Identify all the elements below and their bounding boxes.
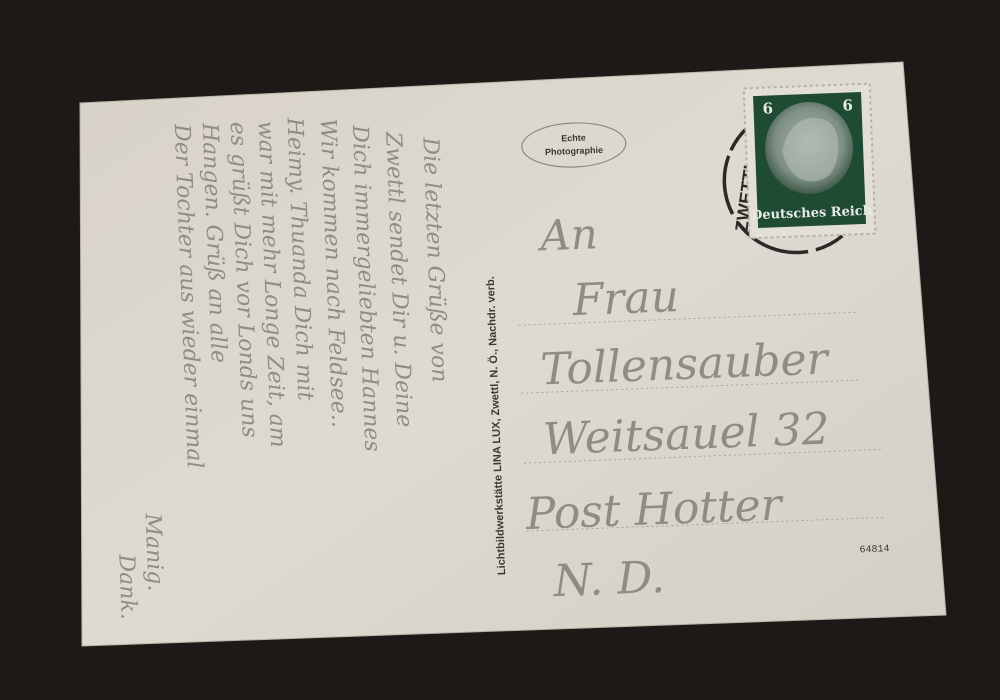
- address-line: An: [535, 209, 598, 260]
- serial-number: 64814: [859, 544, 889, 556]
- message-line: Dank.: [113, 553, 141, 620]
- stamp-value-left: 6: [762, 99, 773, 117]
- address-line: Post Hotter: [524, 479, 786, 540]
- address-line: Frau: [571, 271, 680, 326]
- address-line: N. D.: [552, 552, 666, 607]
- message-line: Manig.: [140, 512, 168, 592]
- stamp-value-right: 6: [842, 96, 853, 114]
- postcard-photo: Lichtbildwerkstätte LINA LUX, Zwettl, N.…: [0, 0, 1000, 700]
- postage-stamp: 6 6 Deutsches Reich: [744, 84, 876, 239]
- badge-line-1: Echte: [561, 133, 586, 144]
